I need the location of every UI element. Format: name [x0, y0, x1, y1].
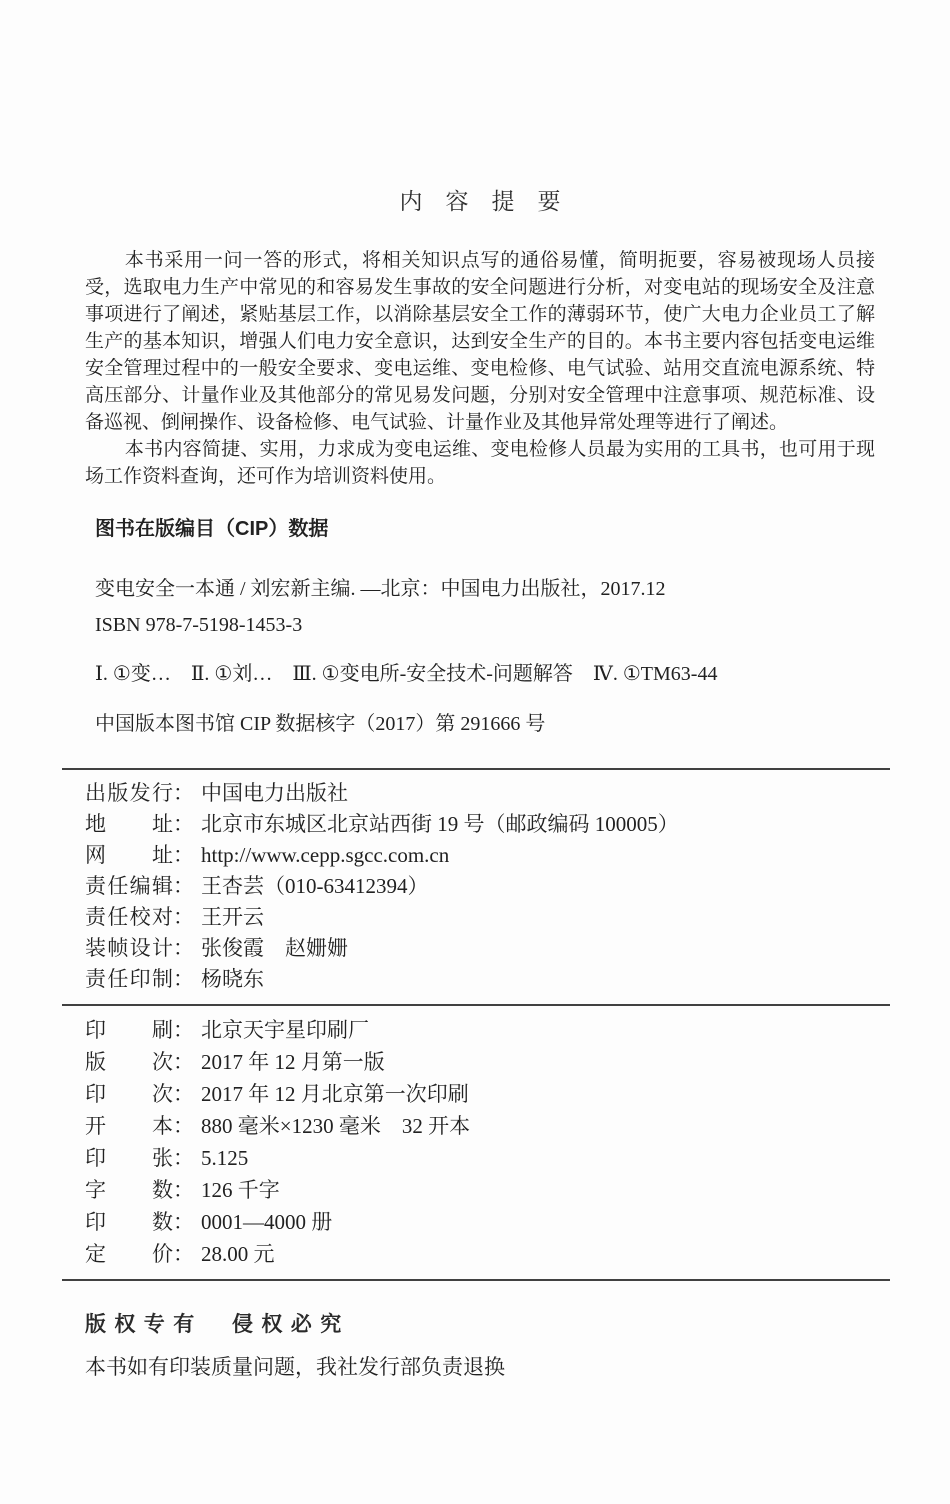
info-row-address: 地址：北京市东城区北京站西街 19 号（邮政编码 100005）	[85, 809, 875, 840]
content-summary-section: 内 容 提 要 本书采用一问一答的形式，将相关知识点写的通俗易懂，简明扼要，容易…	[85, 186, 875, 490]
info-row-proofreader: 责任校对：王开云	[85, 902, 875, 933]
info-label: 印数	[85, 1206, 173, 1238]
label-colon: ：	[173, 871, 194, 902]
label-colon: ：	[173, 1142, 194, 1174]
info-value: 880 毫米×1230 毫米 32 开本	[201, 1110, 875, 1142]
label-colon: ：	[173, 964, 194, 995]
info-row-impression: 印次：2017 年 12 月北京第一次印刷	[85, 1078, 875, 1110]
info-value: 2017 年 12 月第一版	[201, 1046, 875, 1078]
cip-classification: Ⅰ. ①变… Ⅱ. ①刘… Ⅲ. ①变电所-安全技术-问题解答 Ⅳ. ①TM63…	[95, 660, 875, 688]
info-label: 开本	[85, 1110, 173, 1142]
copyright-return-note: 本书如有印装质量问题，我社发行部负责退换	[85, 1353, 875, 1381]
info-value: 张俊霞 赵姗姗	[201, 933, 875, 964]
cip-record-number: 中国版本图书馆 CIP 数据核字（2017）第 291666 号	[95, 710, 875, 738]
summary-title: 内 容 提 要	[85, 186, 875, 217]
info-row-word-count: 字数：126 千字	[85, 1174, 875, 1206]
label-colon: ：	[173, 902, 194, 933]
label-colon: ：	[173, 778, 194, 809]
copyright-notice-section: 版权专有 侵权必究 本书如有印装质量问题，我社发行部负责退换	[85, 1311, 875, 1381]
cip-title-line: 变电安全一本通 / 刘宏新主编. —北京：中国电力出版社，2017.12	[95, 575, 875, 603]
label-colon: ：	[173, 840, 194, 871]
info-label: 装帧设计	[85, 933, 173, 964]
cip-heading: 图书在版编目（CIP）数据	[95, 516, 875, 543]
info-value: 王开云	[201, 902, 875, 933]
info-row-publisher: 出版发行：中国电力出版社	[85, 778, 875, 809]
info-row-price: 定价：28.00 元	[85, 1238, 875, 1270]
label-colon: ：	[173, 1110, 194, 1142]
info-value: 0001—4000 册	[201, 1206, 875, 1238]
info-row-sheets: 印张：5.125	[85, 1142, 875, 1174]
cip-isbn: ISBN 978-7-5198-1453-3	[95, 611, 875, 639]
info-row-website: 网址：http://www.cepp.sgcc.com.cn	[85, 840, 875, 871]
info-row-format: 开本：880 毫米×1230 毫米 32 开本	[85, 1110, 875, 1142]
info-value: 北京市东城区北京站西街 19 号（邮政编码 100005）	[201, 809, 875, 840]
label-colon: ：	[173, 1174, 194, 1206]
info-label: 印张	[85, 1142, 173, 1174]
info-value: 王杏芸（010-63412394）	[201, 871, 875, 902]
label-colon: ：	[173, 1206, 194, 1238]
copyright-heading: 版权专有 侵权必究	[85, 1311, 875, 1339]
info-value: 中国电力出版社	[201, 778, 875, 809]
info-label: 印刷	[85, 1014, 173, 1046]
info-value: 126 千字	[201, 1174, 875, 1206]
label-colon: ：	[173, 1046, 194, 1078]
info-label: 定价	[85, 1238, 173, 1270]
label-colon: ：	[173, 1078, 194, 1110]
info-value: http://www.cepp.sgcc.com.cn	[201, 840, 875, 871]
info-label: 责任校对	[85, 902, 173, 933]
info-label: 出版发行	[85, 778, 173, 809]
printing-info-block: 印刷：北京天宇星印刷厂 版次：2017 年 12 月第一版 印次：2017 年 …	[85, 1006, 875, 1279]
label-colon: ：	[173, 809, 194, 840]
label-colon: ：	[173, 1014, 194, 1046]
summary-paragraph-1: 本书采用一问一答的形式，将相关知识点写的通俗易懂，简明扼要，容易被现场人员接受，…	[85, 247, 875, 436]
info-value: 北京天宇星印刷厂	[201, 1014, 875, 1046]
book-copyright-page: 内 容 提 要 本书采用一问一答的形式，将相关知识点写的通俗易懂，简明扼要，容易…	[0, 0, 950, 1504]
info-value: 28.00 元	[201, 1238, 875, 1270]
info-label: 网址	[85, 840, 173, 871]
info-row-printer: 印刷：北京天宇星印刷厂	[85, 1014, 875, 1046]
summary-paragraph-2: 本书内容简捷、实用，力求成为变电运维、变电检修人员最为实用的工具书，也可用于现场…	[85, 436, 875, 490]
info-label: 地址	[85, 809, 173, 840]
info-value: 2017 年 12 月北京第一次印刷	[201, 1078, 875, 1110]
info-label: 责任印制	[85, 964, 173, 995]
label-colon: ：	[173, 1238, 194, 1270]
info-label: 字数	[85, 1174, 173, 1206]
info-row-edition: 版次：2017 年 12 月第一版	[85, 1046, 875, 1078]
info-row-print-supervisor: 责任印制：杨晓东	[85, 964, 875, 995]
info-value: 5.125	[201, 1142, 875, 1174]
info-row-designer: 装帧设计：张俊霞 赵姗姗	[85, 933, 875, 964]
info-label: 责任编辑	[85, 871, 173, 902]
info-label: 版次	[85, 1046, 173, 1078]
info-row-print-run: 印数：0001—4000 册	[85, 1206, 875, 1238]
publication-info-block: 出版发行：中国电力出版社 地址：北京市东城区北京站西街 19 号（邮政编码 10…	[85, 770, 875, 1004]
info-row-editor: 责任编辑：王杏芸（010-63412394）	[85, 871, 875, 902]
info-value: 杨晓东	[201, 964, 875, 995]
info-label: 印次	[85, 1078, 173, 1110]
divider-rule-bottom	[62, 1279, 890, 1281]
label-colon: ：	[173, 933, 194, 964]
cip-data-section: 图书在版编目（CIP）数据 变电安全一本通 / 刘宏新主编. —北京：中国电力出…	[95, 516, 875, 738]
